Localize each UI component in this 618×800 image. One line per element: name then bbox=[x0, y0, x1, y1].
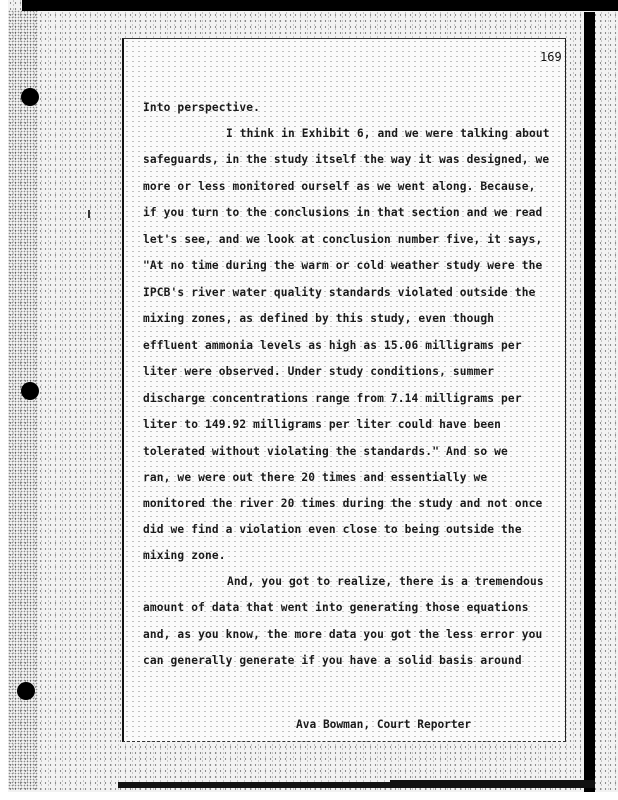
scan-right-border bbox=[584, 12, 595, 792]
court-reporter-footer: Ava Bowman, Court Reporter bbox=[296, 718, 471, 731]
margin-mark bbox=[88, 210, 90, 218]
transcript-line: tolerated without violating the standard… bbox=[143, 445, 508, 458]
binder-hole-top bbox=[21, 88, 39, 106]
transcript-line: And, you got to realize, there is a trem… bbox=[227, 575, 544, 588]
transcript-line: "At no time during the warm or cold weat… bbox=[143, 259, 542, 272]
transcript-line: and, as you know, the more data you got … bbox=[143, 628, 542, 641]
scan-top-border bbox=[22, 0, 618, 11]
transcript-line: mixing zone. bbox=[143, 549, 226, 562]
transcript-line: Into perspective. bbox=[143, 101, 260, 114]
transcript-line: safeguards, in the study itself the way … bbox=[143, 153, 549, 166]
binder-hole-middle bbox=[21, 382, 39, 400]
transcript-line: if you turn to the conclusions in that s… bbox=[143, 206, 542, 219]
transcript-line: let's see, and we look at conclusion num… bbox=[143, 233, 542, 246]
page-number: 169 bbox=[540, 50, 562, 64]
transcript-line: liter were observed. Under study conditi… bbox=[143, 365, 494, 378]
binder-hole-bottom bbox=[17, 682, 35, 700]
transcript-line: amount of data that went into generating… bbox=[143, 601, 529, 614]
transcript-line: liter to 149.92 milligrams per liter cou… bbox=[143, 418, 501, 431]
transcript-line: can generally generate if you have a sol… bbox=[143, 654, 522, 667]
transcript-line: discharge concentrations range from 7.14… bbox=[143, 392, 522, 405]
transcript-line: mixing zones, as defined by this study, … bbox=[143, 312, 494, 325]
transcript-line: I think in Exhibit 6, and we were talkin… bbox=[226, 127, 550, 140]
transcript-line: more or less monitored ourself as we wen… bbox=[143, 180, 535, 193]
transcript-line: IPCB's river water quality standards vio… bbox=[143, 286, 535, 299]
scan-edge-noise bbox=[8, 10, 38, 790]
transcript-line: effluent ammonia levels as high as 15.06… bbox=[143, 339, 522, 352]
transcript-line: ran, we were out there 20 times and esse… bbox=[143, 471, 487, 484]
transcript-line: did we find a violation even close to be… bbox=[143, 523, 522, 536]
transcript-line: monitored the river 20 times during the … bbox=[143, 497, 542, 510]
scan-bottom-border-right bbox=[390, 780, 595, 788]
